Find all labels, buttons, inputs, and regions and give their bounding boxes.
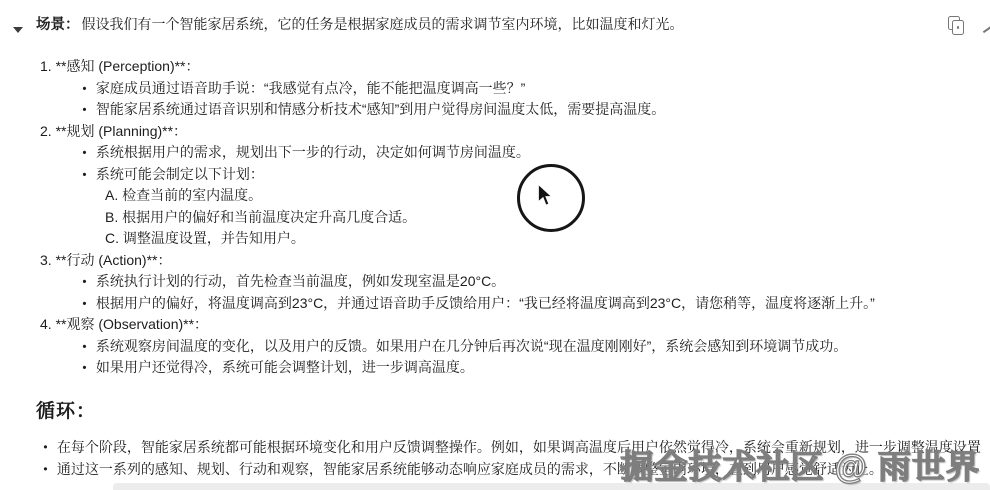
mouse-cursor-icon xyxy=(537,184,553,207)
bullet-icon: • xyxy=(82,273,86,291)
collapse-triangle-icon[interactable] xyxy=(13,27,23,33)
list-item: •家庭成员通过语音助手说：“我感觉有点冷，能不能把温度调高一些？” xyxy=(40,78,990,100)
list-item: •系统观察房间温度的变化，以及用户的反馈。如果用户在几分钟后再次说“现在温度刚刚… xyxy=(40,336,990,358)
bullet-icon: • xyxy=(82,144,86,162)
list-item-text: 系统可能会制定以下计划： xyxy=(96,166,264,182)
list-item-number: 1. **感知 (Perception)**： xyxy=(40,56,990,78)
scene-line: 场景：假设我们有一个智能家居系统，它的任务是根据家庭成员的需求调节室内环境，比如… xyxy=(36,14,684,36)
list-item-number: 4. **观察 (Observation)**： xyxy=(40,314,990,336)
list-item: •系统执行计划的行动，首先检查当前温度，例如发现室温是20°C。 xyxy=(40,271,990,293)
list-item-text: 家庭成员通过语音助手说：“我感觉有点冷，能不能把温度调高一些？” xyxy=(96,80,525,96)
copy-icon[interactable] xyxy=(948,16,968,38)
edit-icon-partial[interactable] xyxy=(981,20,990,36)
list-item-number: 2. **规划 (Planning)**： xyxy=(40,121,990,143)
list-item: •系统可能会制定以下计划： xyxy=(40,164,990,186)
list-item-text: 智能家居系统通过语音识别和情感分析技术“感知”到用户觉得房间温度太低，需要提高温… xyxy=(96,101,665,117)
bullet-icon: • xyxy=(82,79,86,97)
list-item-number: 3. **行动 (Action)**： xyxy=(40,250,990,272)
list-item-text: 如果用户还觉得冷，系统可能会调整计划，进一步调高温度。 xyxy=(96,359,474,375)
bullet-icon: • xyxy=(82,337,86,355)
bullet-icon: • xyxy=(82,359,86,377)
list-item-text: 系统观察房间温度的变化，以及用户的反馈。如果用户在几分钟后再次说“现在温度刚刚好… xyxy=(96,338,847,354)
loop-heading: 循环： xyxy=(36,396,96,423)
bullet-icon: • xyxy=(43,460,47,479)
list-item: •如果用户还觉得冷，系统可能会调整计划，进一步调高温度。 xyxy=(40,357,990,379)
chat-response-document: 场景：假设我们有一个智能家居系统，它的任务是根据家庭成员的需求调节室内环境，比如… xyxy=(0,0,990,490)
list-item: •系统根据用户的需求，规划出下一步的行动，决定如何调节房间温度。 xyxy=(40,142,990,164)
list-item-text: 系统执行计划的行动，首先检查当前温度，例如发现室温是20°C。 xyxy=(96,273,505,289)
list-item: •智能家居系统通过语音识别和情感分析技术“感知”到用户觉得房间温度太低，需要提高… xyxy=(40,99,990,121)
list-item-text: 系统根据用户的需求，规划出下一步的行动，决定如何调节房间温度。 xyxy=(96,144,530,160)
bullet-icon: • xyxy=(82,101,86,119)
bullet-icon: • xyxy=(43,438,47,457)
bullet-icon: • xyxy=(82,165,86,183)
list-item: •根据用户的偏好，将温度调高到23°C，并通过语音助手反馈给用户：“我已经将温度… xyxy=(40,293,990,315)
scene-label: 场景： xyxy=(36,17,80,33)
list-item-text: 根据用户的偏好，将温度调高到23°C，并通过语音助手反馈给用户：“我已经将温度调… xyxy=(96,295,875,311)
copy-icon-front xyxy=(952,20,964,35)
list-subitem: B. 根据用户的偏好和当前温度决定升高几度合适。 xyxy=(40,207,990,229)
watermark: 掘金技术社区 @ 雨世界 xyxy=(620,441,980,488)
scene-text: 假设我们有一个智能家居系统，它的任务是根据家庭成员的需求调节室内环境，比如温度和… xyxy=(82,16,684,32)
list-subitem: A. 检查当前的室内温度。 xyxy=(40,185,990,207)
list-subitem: C. 调整温度设置，并告知用户。 xyxy=(40,228,990,250)
bullet-icon: • xyxy=(82,294,86,312)
numbered-list: 1. **感知 (Perception)**： •家庭成员通过语音助手说：“我感… xyxy=(40,56,990,379)
